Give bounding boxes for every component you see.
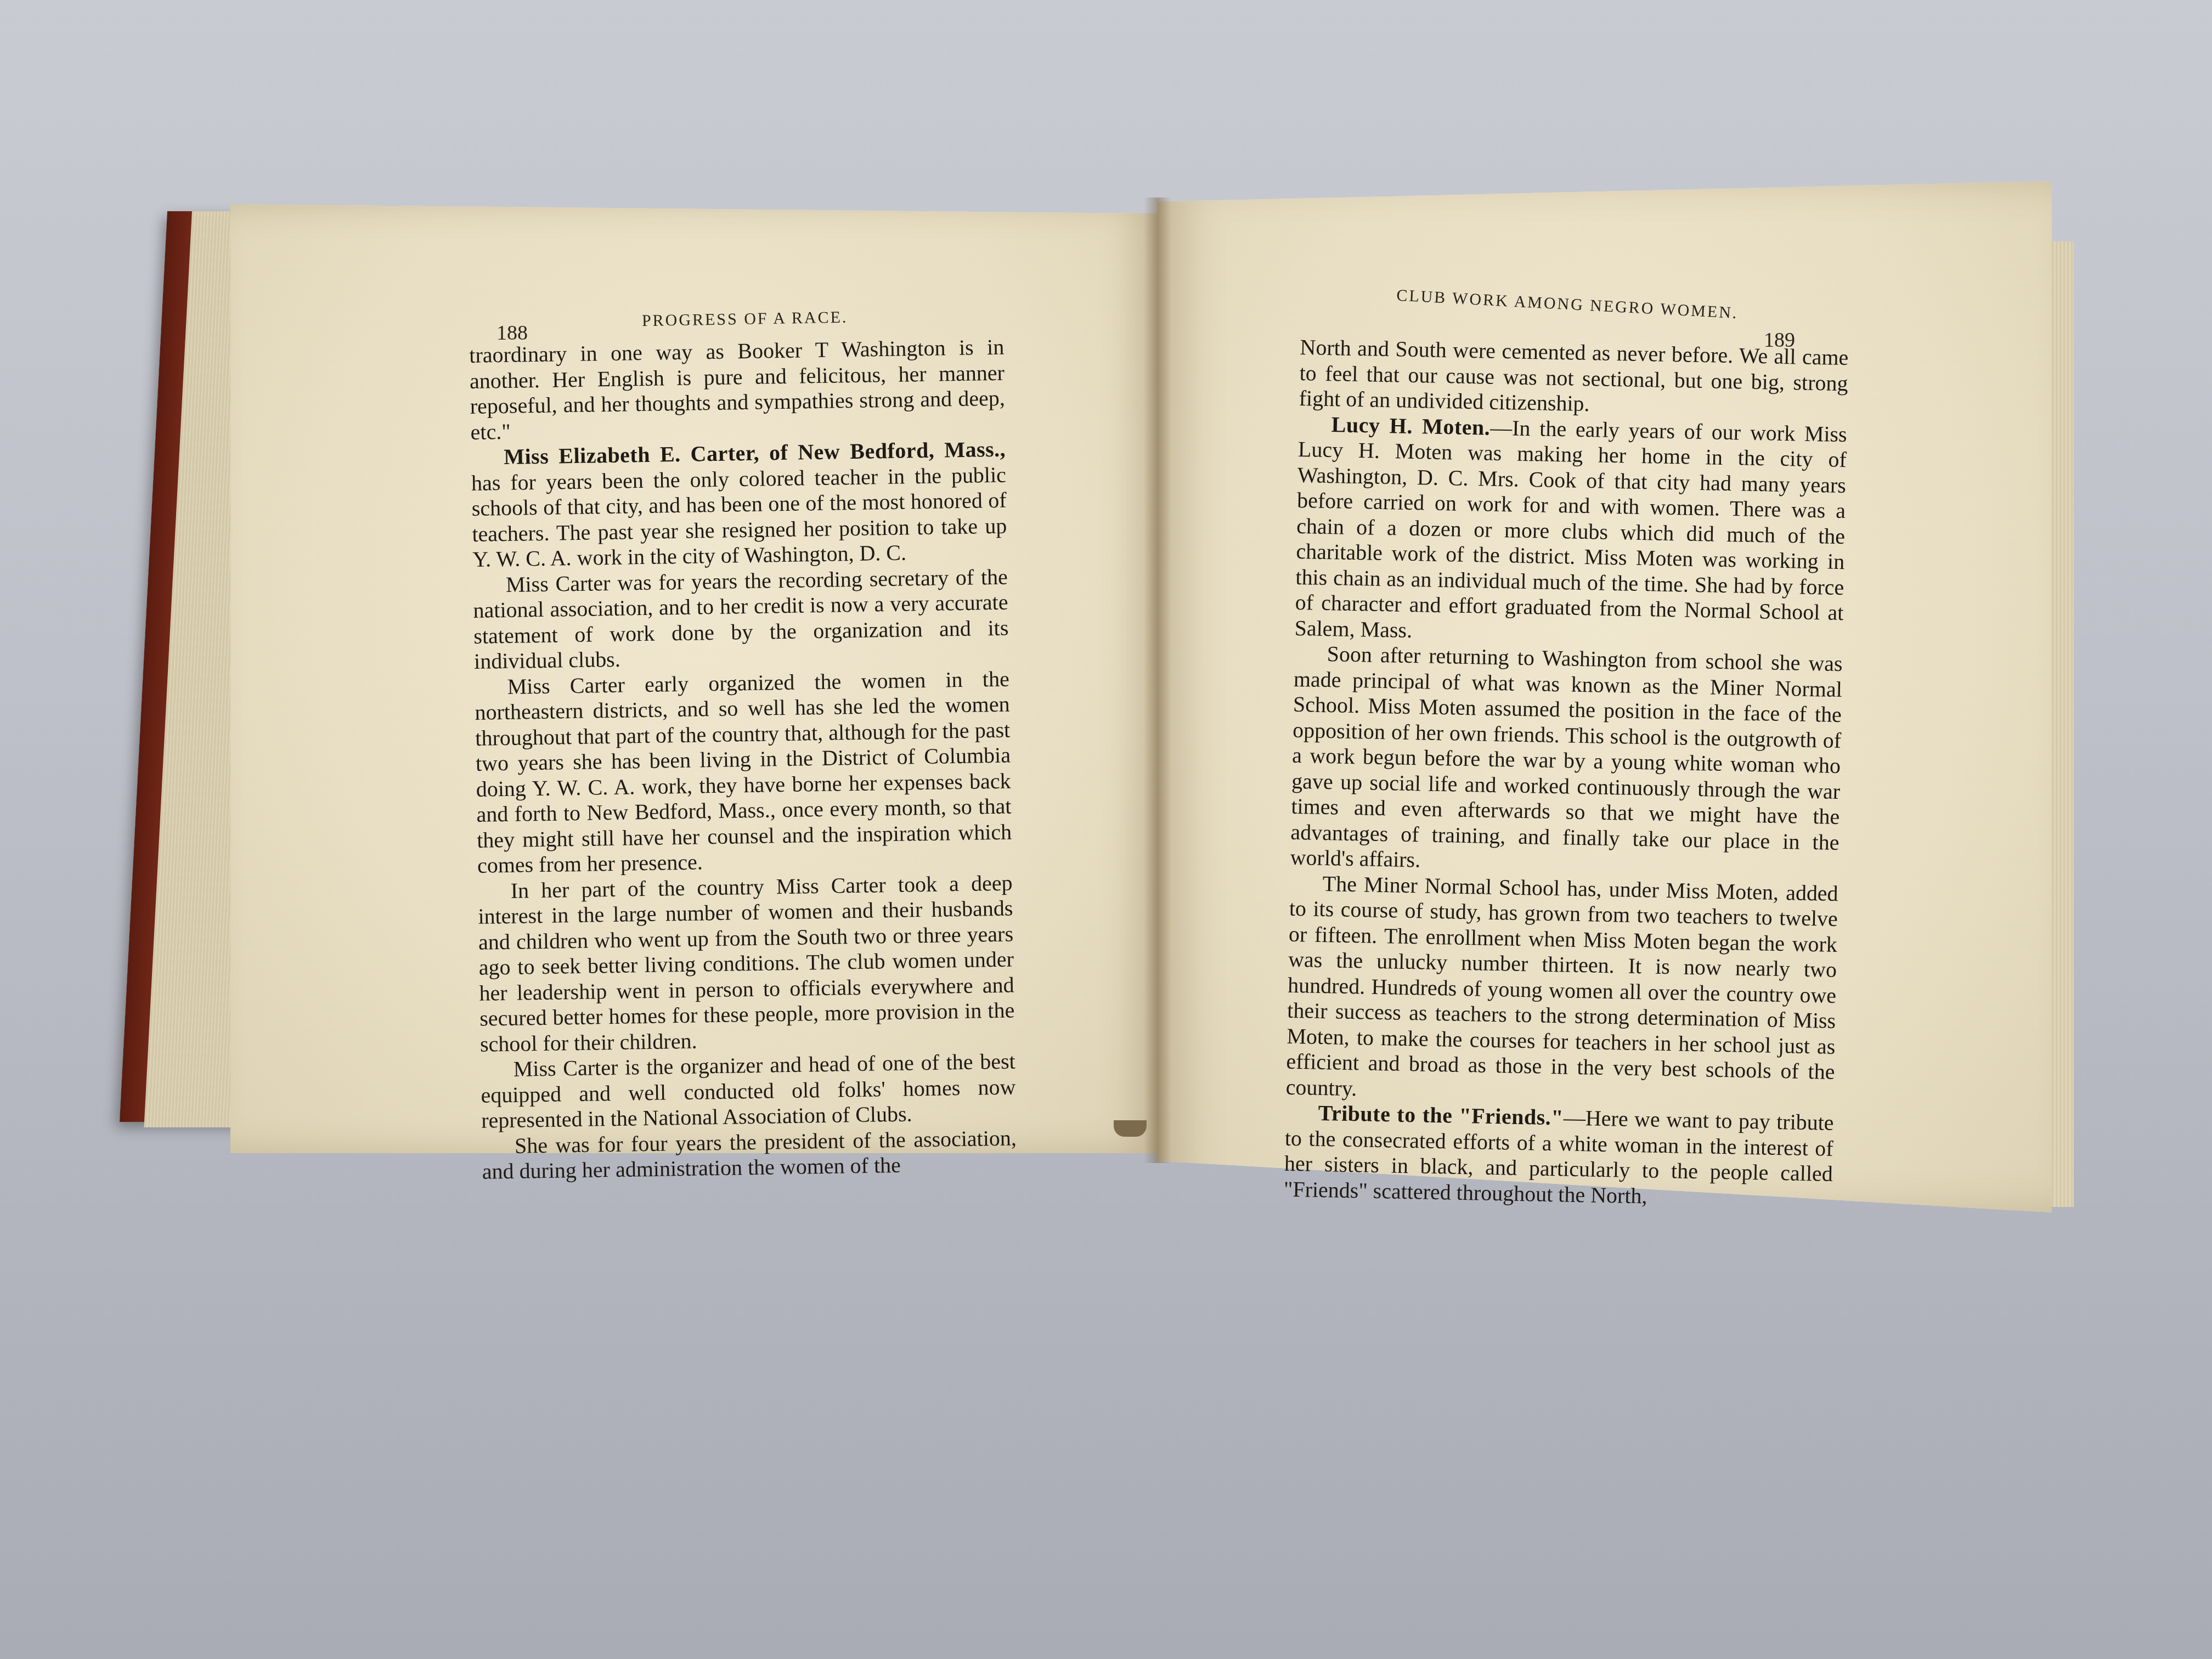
- book-gutter: [1144, 198, 1171, 1163]
- paragraph: The Miner Normal School has, under Miss …: [1285, 870, 1838, 1110]
- paragraph: Miss Elizabeth E. Carter, of New Bedford…: [471, 437, 1008, 573]
- paragraph: Miss Carter was for years the recording …: [473, 564, 1009, 674]
- right-page-body: North and South were cemented as never b…: [1284, 335, 1849, 1212]
- paragraph: Tribute to the "Friends."—Here we want t…: [1284, 1100, 1834, 1212]
- page-number-left: 188: [496, 321, 528, 345]
- section-lead: Lucy H. Moten.: [1331, 412, 1490, 440]
- spine-headband: [1114, 1120, 1147, 1137]
- paragraph: Miss Carter is the organizer and head of…: [480, 1049, 1016, 1134]
- paragraph: North and South were cemented as never b…: [1299, 335, 1848, 422]
- paragraph: In her part of the country Miss Carter t…: [477, 870, 1015, 1057]
- paragraph: Miss Carter early organized the women in…: [474, 666, 1012, 878]
- paragraph: Soon after returning to Washington from …: [1290, 641, 1843, 881]
- section-lead: Tribute to the "Friends.": [1318, 1101, 1564, 1130]
- paragraph: traordinary in one way as Booker T Washi…: [469, 335, 1006, 445]
- open-book: 188 PROGRESS OF A RACE. CLUB WORK AMONG …: [0, 0, 2212, 1659]
- running-head-left: PROGRESS OF A RACE.: [642, 308, 848, 331]
- paragraph: Lucy H. Moten.—In the early years of our…: [1294, 411, 1847, 651]
- left-page-body: traordinary in one way as Booker T Washi…: [469, 335, 1017, 1185]
- paragraph: She was for four years the president of …: [482, 1125, 1017, 1184]
